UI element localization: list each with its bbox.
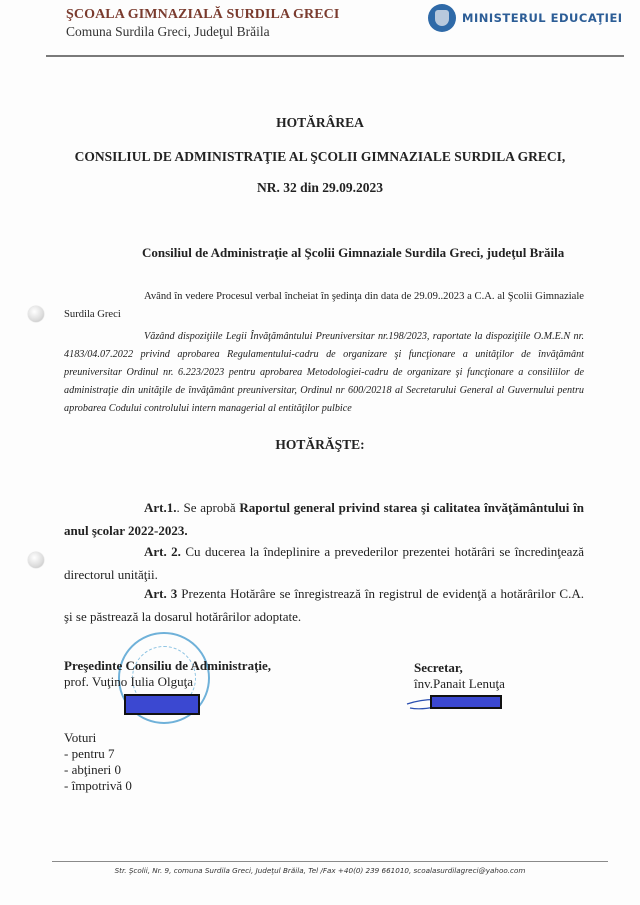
article-2: Art. 2. Cu ducerea la îndeplinire a prev… [64, 540, 584, 586]
votes-against: - împotrivă 0 [64, 778, 132, 794]
document-title: HOTĂRÂREA [0, 115, 640, 131]
votes-label: Voturi [64, 730, 132, 746]
preamble-paragraph-1: Având în vedere Procesul verbal încheiat… [64, 288, 584, 324]
redacted-signature [430, 695, 502, 709]
school-address: Comuna Surdila Greci, Judeţul Brăila [66, 24, 270, 40]
votes-block: Voturi - pentru 7 - abţineri 0 - împotri… [64, 730, 132, 794]
secretary-title: Secretar, [414, 660, 463, 676]
article-2-label: Art. 2. [144, 544, 181, 559]
votes-for: - pentru 7 [64, 746, 132, 762]
ministry-coat-of-arms-icon [428, 4, 456, 32]
redacted-signature [124, 694, 200, 715]
punch-hole-icon [28, 306, 44, 322]
decides-heading: HOTĂRĂŞTE: [0, 437, 640, 453]
footer-contact: Str. Şcolii, Nr. 9, comuna Surdila Greci… [0, 866, 640, 875]
article-2-text: Cu ducerea la îndeplinire a prevederilor… [64, 544, 584, 582]
article-1-label: Art.1. [144, 500, 177, 515]
preamble-paragraph-2: Văzând dispoziţiile Legii Învăţământului… [64, 328, 584, 418]
votes-abstain: - abţineri 0 [64, 762, 132, 778]
president-name: prof. Vuţino Iulia Olguţa [64, 674, 193, 690]
article-1: Art.1.. Se aprobă Raportul general privi… [64, 496, 584, 542]
preamble-text-1: Având în vedere Procesul verbal încheiat… [64, 291, 584, 320]
header-divider [46, 55, 624, 57]
punch-hole-icon [28, 552, 44, 568]
council-subtitle: Consiliul de Administraţie al Şcolii Gim… [142, 245, 564, 261]
article-1-bold-text: Raportul general privind starea şi calit… [64, 500, 584, 538]
decision-number: NR. 32 din 29.09.2023 [0, 180, 640, 196]
footer-divider [52, 861, 608, 862]
council-heading: CONSILIUL DE ADMINISTRAŢIE AL ŞCOLII GIM… [0, 149, 640, 165]
article-3-text: Prezenta Hotărâre se înregistrează în re… [64, 586, 584, 624]
article-3: Art. 3 Prezenta Hotărâre se înregistreaz… [64, 582, 584, 628]
article-1-text: . Se aprobă [177, 500, 240, 515]
school-name: ŞCOALA GIMNAZIALĂ SURDILA GRECI [66, 7, 339, 23]
ministry-name: MINISTERUL EDUCAŢIEI [462, 11, 623, 25]
president-title: Preşedinte Consiliu de Administraţie, [64, 658, 271, 674]
article-3-label: Art. 3 [144, 586, 177, 601]
preamble-text-2: Văzând dispoziţiile Legii Învăţământului… [64, 331, 584, 414]
secretary-name: înv.Panait Lenuţa [414, 676, 505, 692]
